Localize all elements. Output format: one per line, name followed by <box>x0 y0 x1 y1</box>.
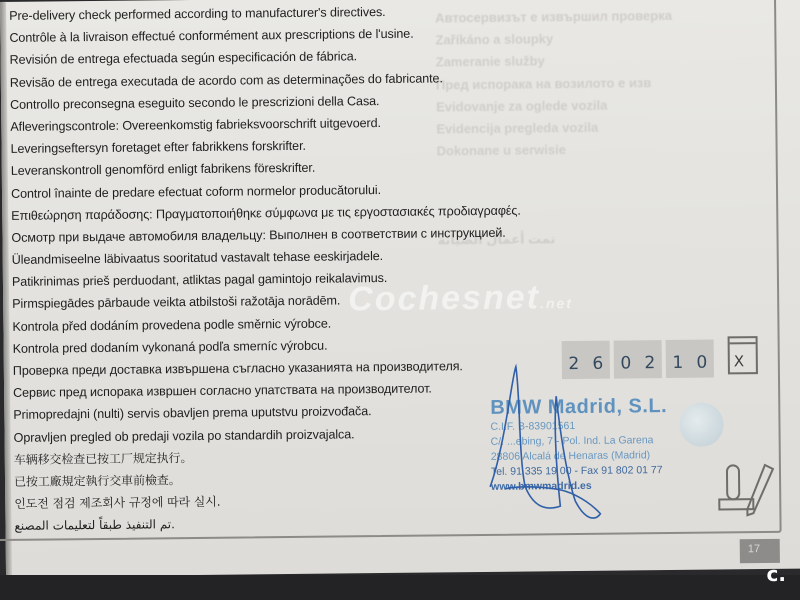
bmw-logo-stamp-icon <box>679 402 723 446</box>
calendar-icon: X <box>728 336 758 374</box>
corner-mark: c. <box>767 562 786 586</box>
page-edge-shadow <box>0 575 800 600</box>
watermark: Cochesnet.net <box>348 278 573 319</box>
signature <box>484 335 646 537</box>
page-number: 17 <box>740 539 780 563</box>
calendar-check-mark: X <box>734 352 744 370</box>
watermark-text: Cochesnet <box>348 278 540 318</box>
date-digit: 1 <box>672 353 683 373</box>
stamp-and-pen-icon <box>715 459 778 522</box>
watermark-suffix: .net <box>540 295 573 311</box>
date-year: 1 0 <box>666 340 714 379</box>
statement-list: Pre-delivery check performed according t… <box>9 0 555 537</box>
service-booklet-page: Автосервизът е извършил проверка Zaříkán… <box>0 0 800 577</box>
date-digit: 0 <box>696 353 707 373</box>
date-digit: 2 <box>644 353 655 373</box>
